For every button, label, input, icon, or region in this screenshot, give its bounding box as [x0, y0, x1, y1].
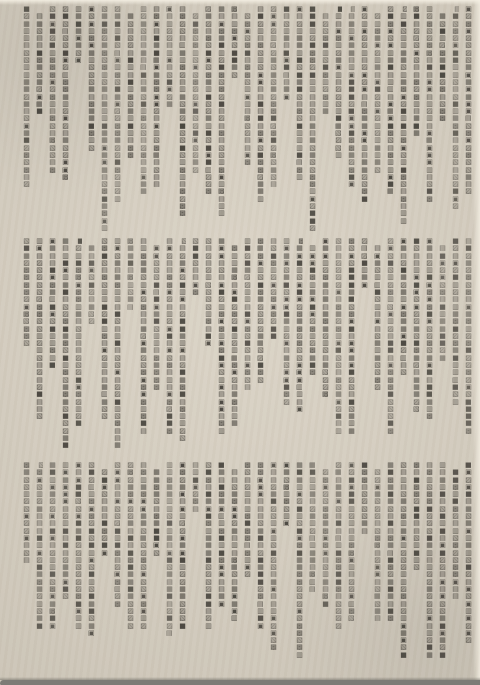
text-column: ▦▣▣▤▧▤▣■▨▥▩▣ ▦▩▥▣▩■▣▧▥▣▤▣▣▤▩▥	[218, 238, 225, 450]
text-column: ▥▤▦▥■▤▧■▥■▤▣■▨▨▤▣▤▣▧▧▦■▣▦▨■	[439, 462, 446, 659]
text-column: ▧▣▣▤▤▣▧▧▨ ■■▥■▩▤▨▣ ▤▩▥ ■▨▩	[114, 462, 121, 659]
text-column: ▣▦▤▤■▣▩▦▥ ▨■▣▧■▥▥▩▥■	[49, 238, 56, 399]
text-column: ▨▥▩▦▣▨▥▦▤▣■▨▧▣▨▥▨▥▦▥▦▧	[374, 13, 381, 174]
text-column: ▤▩▥▧▩▩■▨▨▧■▦▥▤▥▨▨▦▨▨▨▣▤▥▨■▦	[426, 462, 433, 659]
text-column: ▤▩▥▦▩▣▣ ▧▦▦▧▦ ▣▧▨▩▧▣▧▧▣▩▣▥▨	[140, 462, 147, 659]
text-column: ▧▦■▩▨▦▩▧▩▥▧▦▤▦▥▥■▦▦▣▦▣▦▤▧▩■▦▩▣▥	[101, 6, 108, 232]
text-column: ▥▣▦▣▣▣▤▨▥■▤■▤▨▦▦▣■▧	[62, 462, 69, 601]
text-column: ▦■▦▥▣▨■▥▧■▣▩■▦▦▩▩▨▧▨▣▧▩▩▧▩▥	[296, 462, 303, 659]
text-column: ▣▦▧▩ ▩▥▩▧▥▣ ▣	[283, 462, 290, 557]
text-column: ▦▦▩▦▧▤▩▦■■▣ ▥ ▩▧	[153, 469, 160, 586]
text-column: ▨■▩▣▧▣▥▦■▤▥▥ ▦▤▣▦ ▧▣■▩▧▤▩▥▥▣■▦	[387, 6, 394, 232]
text-column: ▨▩ ▧▨▦▩▣▨▨▦▤■▤■▩■▦▦■▦▧▨▨▧	[127, 462, 134, 645]
text-column: ▤▥■▣▨▩▤	[192, 462, 199, 513]
text-column: ■■■▥▨■▩▩▨■▥▥▤▤▧▤▦▤▦▧▦▧▧▩▩▥▣▨■■▨	[309, 6, 316, 232]
text-column: ▥▣▦▣▧▦■ ▨▧▣▣ ▤■▦▥▨▣▤▦▧▣▣ ▧■▩▨	[283, 238, 290, 450]
text-column: ▧▨▣▦▧▨▨▤▧▩▩ ▧▤▨▣▣▤▧▦ ▨ ▨▧▦▤	[374, 469, 381, 666]
text-column: ▣▨▩▣▨▧▨▧▦▣ ▦▦▣▦▣▣▤ ▥▧▩▣▨▩▧▧▦▤▨	[465, 6, 472, 232]
text-column: ▦■▥▣▦▨▨▣ ▣▤■▣▤▨▥▥■▧▩▣▦▩ ▣■▣	[49, 462, 56, 659]
text-column: ▦▤▥■▣▥▦■▤▧▨▩■▦▩▧■▥▩▧▦▩▦▧■▧▨▦■	[62, 238, 69, 450]
text-column: ▨■▧▤ ▣▧▧■▣▨▥ ▧▩▩▦▥▨▣▨▤▦▧▨▣▣ ▩▩	[62, 6, 69, 232]
text-column: ▨■▣▧▤▤▤■▩▨■▣	[101, 469, 108, 557]
text-column: ▥■▨■▦▨ ▦▨▥▥▤■▣▩▧■▧▤▣▩▧▤	[244, 238, 251, 406]
text-column: ▧▤▥▤▧▦▧▩▥▦▣▥▨▧▨▥▥▨▩▤▨▥▣▦▣▧■	[400, 462, 407, 659]
text-column: ▩▦ ■▩▣▥▧■▩▦▨▧▨▨▦▦ ▩ ▧▧▨ ▥■▩▧	[257, 238, 264, 450]
text-column: ▤■▧▩▨▣■■▥▥▧▤▧■▥▦▩■▤▨▨▧▤▧▨■▣▨	[452, 6, 459, 218]
scan-edge-bottom-shadow	[0, 680, 480, 685]
text-column: ▤▦▧▤▤■▩▦▧▦▨ ▨▣▦ ▧■	[36, 13, 43, 144]
text-block-1: ▣▨▩▣▨▧▨▧▦▣ ▦▦▣▦▣▣▤ ▥▧▩▣▨▩▧▧▦▤▨ ▤■▧▩▨▣■■▥…	[10, 6, 472, 232]
text-block-3: ■ ▦▣▨▣■▤▦▧▦▣▥▦▥▧■▨▤▣▧▣▥▣▨▣▨■■▩▥■ ▤▩▨▤▥▧▩…	[10, 462, 472, 659]
text-column: ▧▤▨▦▣▨■▥▣▤▨■■▦▥▣▤▨■▦▩■▤▩▥▥▨▧	[179, 238, 186, 450]
text-column: ▦▧▤▧▨▤■▥▤■▥▩▧▦▥■▥▤▩▩	[127, 13, 134, 159]
text-column: ▦▤■▣▧■▨▤▦▧ ▩▨	[88, 245, 95, 340]
text-column: ▤▣▨▤▤▩▩▣▨▤▥▨▣■▤▣▧▩▤▥▤▣▩▨ ▨■■▩	[166, 238, 173, 450]
text-column: ▩▥▥▦▩ ▩▤▣■▨▩▨■▥▨▥▦ ▤▩▣▨▤▦▩▤▥▦	[231, 245, 238, 457]
text-column: ■▨▤▣▨■▥▨▤▥▦▩■▨▩▦■▥▥▥ ▤■ ▨▧▥	[452, 238, 459, 435]
text-column: ▧▩▣▧▥▨▦▤▤▤■▥▣▨■▦▩▦▨▥▧▦■	[36, 462, 43, 637]
text-column: ▣▨▥▣▨▨▥▤▨▣▨▣▤▤ ▩▩▦▦▣▣ ▥▥▤▦▦▨▧▩■	[361, 6, 368, 232]
text-column: ▥▥▩▦▦▥▥▧■▥▦▤▣■▧▦▤▦■▤▨■▨▤ ▦	[166, 462, 173, 659]
text-column: ■ ▩▦▤■▩▦▣▥ ▣ ▣▥▩■▥■▩▣▣▤▤▦▣	[218, 462, 225, 659]
text-column: ■■▩▥■ ▤▩▨▤▥▧▩▨▧▩▩▣▤▤	[452, 469, 459, 615]
text-column: ▧■▨▥ ▦▥▩▣▩▨■▧■▥▣▧■▥▧■▦■▧▦▣	[88, 462, 95, 659]
text-column: ▧■▦▨▩▩▩▩▨▣▩ ▣▧ ▤▩▩▧	[23, 238, 30, 377]
text-column: ▤▩▨▧▤▥ ▥▦▥▩▨▤▥▦▧▦▨■▧▧■▧▥▩▥▤▩▨▩▩	[179, 6, 186, 232]
text-column: ■▧▤▤▥▣■▣ ▧▧▣▨▨▦▧■▩▦▨ ▥▤▦▦▦▨▧	[413, 238, 420, 450]
text-column: ▣ ▣▤▥▨▨▤▥▣▤▧■▣▨▦	[166, 6, 173, 123]
text-column: ▤■▣▨▣▧▩▤■▥▦▦■■▨▦	[439, 245, 446, 362]
text-column: ▣▣ ▤▧▧▧■▤ ▣■▣▦■▧▥▥▤▩▦▩▩▩	[153, 245, 160, 428]
text-column: ▩ ▣▦▦■▤▩ ▨▥▧▦▤ ▩	[127, 238, 134, 362]
text-column: ▤▩▣▤■▦■▦ ▩▣▦▩▩▣▣▨▤▣▥▧▩▦ ▦ ▩▤▧▤▤	[153, 6, 160, 232]
text-column: ▧▩■▧▤▩▧▥▥■▨■▥▩▤▣▨▥▤▤▦▥ ▩▦▧▧	[101, 238, 108, 435]
text-column: ▤▤▦▥▣▦▦▤▥▣■■■▨■ ▣▣▣■▩▩▦▨▩■▣	[348, 6, 355, 210]
text-column: ▦■▩▦■▦▧▤■▤▩▦▤ ▧■▩▨▦■▦▤■▩	[387, 462, 394, 637]
text-column: ▨▩▣▨▧▩▩▦▩▣▩▣▤▧▥▦▤▩ ■■	[322, 469, 329, 622]
text-column: ▧■▩▤■▦▣■▩▥▦▦▦■▧▨▧▨■■▤▨▥	[205, 462, 212, 630]
text-column: ▥▨▩▧▨▩▩ ▨▤■▤▣▣▤▥▨▥▤▣▦ ▥▣▣▣▥▤▧■▩	[426, 6, 433, 232]
text-column: ▥▣ ▧▤▨▧▨▧▧▨ ▦▩▩▧▧▥▨▥▧▤▨▤▨■▤▤▧	[36, 238, 43, 450]
text-column: ▥▨▦▧▤▤▦▤▤ ■■▤▦▧■▥▩▨▧▤▨▩▤▥▣▦▦	[140, 6, 147, 210]
text-column: ▣▧▣▥▩▣▦▥▧▧▧▦▤▩▦▦■ ▨▩▥▧	[88, 6, 95, 167]
text-column: ▩ ▣▤▥▩▣▧■■▦▧	[231, 6, 238, 94]
text-column: ▧▩▣▧▩■▤▩▩▧▥▣▥▤▩ ▦▧▨▤▤▣▩	[244, 13, 251, 181]
text-column: ▨▣▣▨▥▨ ■▨▦▧▦▧▦▨▩▩■▨ ▦▩■▨▩ ▥▧▦▧▤	[270, 6, 277, 232]
text-column: ■▥▤▣▩▥▨▦▣▥▤▨▨▧▥■▦ ■ ▦▧ ▣▨▧ ▥▥	[335, 6, 342, 232]
scan-edge-top	[0, 0, 480, 5]
text-column: ▨▣▧■▧▥▨▩▥▧ ▣▣▥▨▤■■▤▣▩▩▩■▧▧▧■▩	[387, 238, 394, 450]
text-column: ▨ ▣▦▨▤▩▧■▣▧▩▦▥■▧▨▦▥■▧■▣■▥ ▨▨▨▩	[205, 6, 212, 225]
text-column: ▦▧■▥▨ ▧▩▦■■▨▩▤▧▩▩	[439, 13, 446, 137]
text-column: ▤■▨▦▨▩▧▩▤▣▦▩▥▨▩■▨▨▩▨▣▧■ ▥■■■▩	[465, 238, 472, 450]
text-column: ▨▦ ▣▤▦▦▣▧▤■▤▤ ▧▥■▩▩■■▩▤▧▨▨▨	[335, 462, 342, 659]
text-column: ▩▦▣■▥▧▣■▣▨▩▦▩▨▩▧▧▣▣ ▥▣▥ ▧▥▤▣	[296, 238, 303, 450]
text-column: ▤▨▧▩■▥▧■▩▥▨▩▥▦	[322, 13, 329, 115]
text-column: ▩ ▧■▤▨▨ ▤▧▣▧▤▤▩▨▩▥▤▦■ ▤▦	[413, 6, 420, 181]
text-column: ■▤▧▥▦▤■ ▥ ■▣■▤ ▦▤▦▣	[283, 6, 290, 145]
text-block-2: ▤■▨▦▨▩▧▩▤▣▦▩▥▨▩■▨▨▩▨▣▧■ ▥■■■▩■▨▤▣▨■▥▨▤▥▦…	[10, 238, 472, 450]
text-column: ▣▦▤▨■▦▨▦▥▣▩▦▦▣■▨▥ ▩▤▧	[400, 238, 407, 391]
text-column: ▥▣▣■▩▥▦▣■▣▨▩▥▨▩▦■▩	[309, 245, 316, 376]
scanned-page: ▣▨▩▣▨▧▨▧▦▣ ▦▦▣▦▣▣▤ ▥▧▩▣▨▩▧▧▦▤▨ ▤■▧▩▨▣■■▥…	[0, 0, 480, 685]
text-column: ▣▤▨▥▦▦▥■▧■▦■▧▤▩▧■▥▥▥■▤ ▦▩▥	[296, 6, 303, 196]
text-column: ▣▤▣■■ ▩▧ ▥▧▣■▦■▨▨▥▧▨▨▨▩■▣▥▥	[75, 462, 82, 659]
text-column: ▤▧■▩▥▨▣▨▩▣▩▨■■	[270, 238, 277, 340]
text-column: ▧■▣■▨■ ■▥▩▩▩▣▨▩▥▤▩▧▤▩ ■▧▧▤▩	[49, 6, 56, 203]
text-column: ■ ▦▣▨▣■▤▦▧▦▣▥▦▥▧■▨▤▣▧▣▥▣▨▣▨	[465, 462, 472, 659]
text-column: ▤▣ ■▦▧▥▥ ▧■▧▥▤▣▤▧▦▥▦▧▧▩▨	[374, 245, 381, 420]
text-column: ■▩▩▤▧▨▧▧▦▤	[361, 462, 368, 535]
text-column: ▨■▩▧▩▥▧▣▧▩▨▨▣■▧▨■▣ ▤▧▨▦▨	[192, 13, 199, 196]
text-column: ▣▩▨▦▣ ▩▤▣▥▨ ■▨▣▦▣■▥▨▨▦▦▧▨▧■	[179, 462, 186, 659]
text-column: ▩▧▣▧■■■▦■ ▨▧▩▣■▤▣▣▦▣■▨▧▤■▧▦▥▦	[348, 238, 355, 450]
text-column: ▣▦▣▥▨▩▦▤▦▤▦▩▦▨▥▧▤▦▧ ▧▨▨▩ ▨	[322, 238, 329, 428]
text-column: ▨▥■▧▥▥▦▦▧▥▦▩▣▨■▥■▥▩▣▧▥■▩▧▤▩▤▥▥	[400, 6, 407, 232]
text-column: ▤▤▧▦▩▣▣▨▦▤▥▤▩ ▥▦ ■▧▤▦▣▦▣▥	[231, 469, 238, 666]
text-column: ▩▩▣ ▤▣▣▤▤▤▧▦■▤▨■▦■■▨▩▤ ■▥■▣	[257, 462, 264, 659]
text-column: ▧▤▤▨▨▨▨▣▤▩▦▨▩▥▣■ ▣▧▧▤▩▧▦▣▨■▤▥	[335, 238, 342, 450]
text-column: ▣▤▤▨▦■▨▧▥▣▥▧■▨▧▤▦▣▤▤▥▣▨▣▧▩	[270, 462, 277, 652]
text-column: ▧■■▧▤▤▣▩	[192, 238, 199, 296]
text-column: ▦▤▣▩▦■▥▨■▩▧▩▨■▤▨▤▩▤▧▧▥▩▣▥▩ ▦▤▥▥	[218, 6, 225, 232]
text-column: ▩▤■▩▩▨■■▤▤▧▥■▥▧	[413, 462, 420, 572]
text-column: ■▨▦▥▥▤▧▧▥▥▦▦▨▦▤▧▣▦■▨▩▧▩▤▨	[23, 6, 30, 189]
text-column: ▩▧▤▨▥▤▥▩■▩▩▤ ▥▩▥▣▨	[244, 462, 251, 593]
text-column: ▤▥▩▦▦▧▥▣▨▩▤▤▦▨ ▣▣▦▨▧▩▣▩▣▩▥▩■▤	[140, 238, 147, 450]
text-column: ▧▤▨▤▨▥▧ ▩▧▧▧▥▩▤■ ▤▣	[205, 238, 212, 384]
text-column: ▣▦▤▨▥■▣ ▦▩▣▩■▣▧▨▩▧▦▣■▤■■ ▨▦▥▩	[426, 238, 433, 450]
text-column: ■▨▥■▩▩ ▩▣▩▩▥▦▤▧▥▤▤▨▧▨■▣▩▨▥▨■	[75, 238, 82, 450]
scan-edge-right	[473, 0, 480, 685]
text-column: ▣▨■▣■■▥▨▥▤▥▩▩ ▤▣▥▤▨▨▣▥ ▨▩▧	[348, 462, 355, 659]
text-column: ▥▦■▦▣▦▧▣	[75, 6, 82, 72]
text-column: ▨▦■▥■▧▤ ▦▣▥▩▧■▦▣▨ ■▨▩▩▦▨▨■▩▨▥▨▥	[114, 6, 121, 232]
text-column: ▥▣▧▦▤▦▩▥▥▤■▧▤▥■▤▧▧▣▤▨▨■▥▧▩▤▤▦	[114, 238, 121, 450]
text-column: ▩▦▧▧▥▨▧▣▨▨▣▤▧▤	[23, 462, 30, 564]
text-column: ▨▤ ▦▨ ▣■▥▦▣	[361, 238, 368, 318]
text-column: ▦ ▣■▥▥▦▤▨▦▥▨▤ ▦▥▦▦▤▩ ▣▥ ▦▤	[309, 462, 316, 659]
text-column: ▤■▨▥▤▩▧▥▧▣▣▤▤■▤■▤▩▣▧■ ▧▩▩▨ ▨▦▦▥	[257, 6, 264, 232]
